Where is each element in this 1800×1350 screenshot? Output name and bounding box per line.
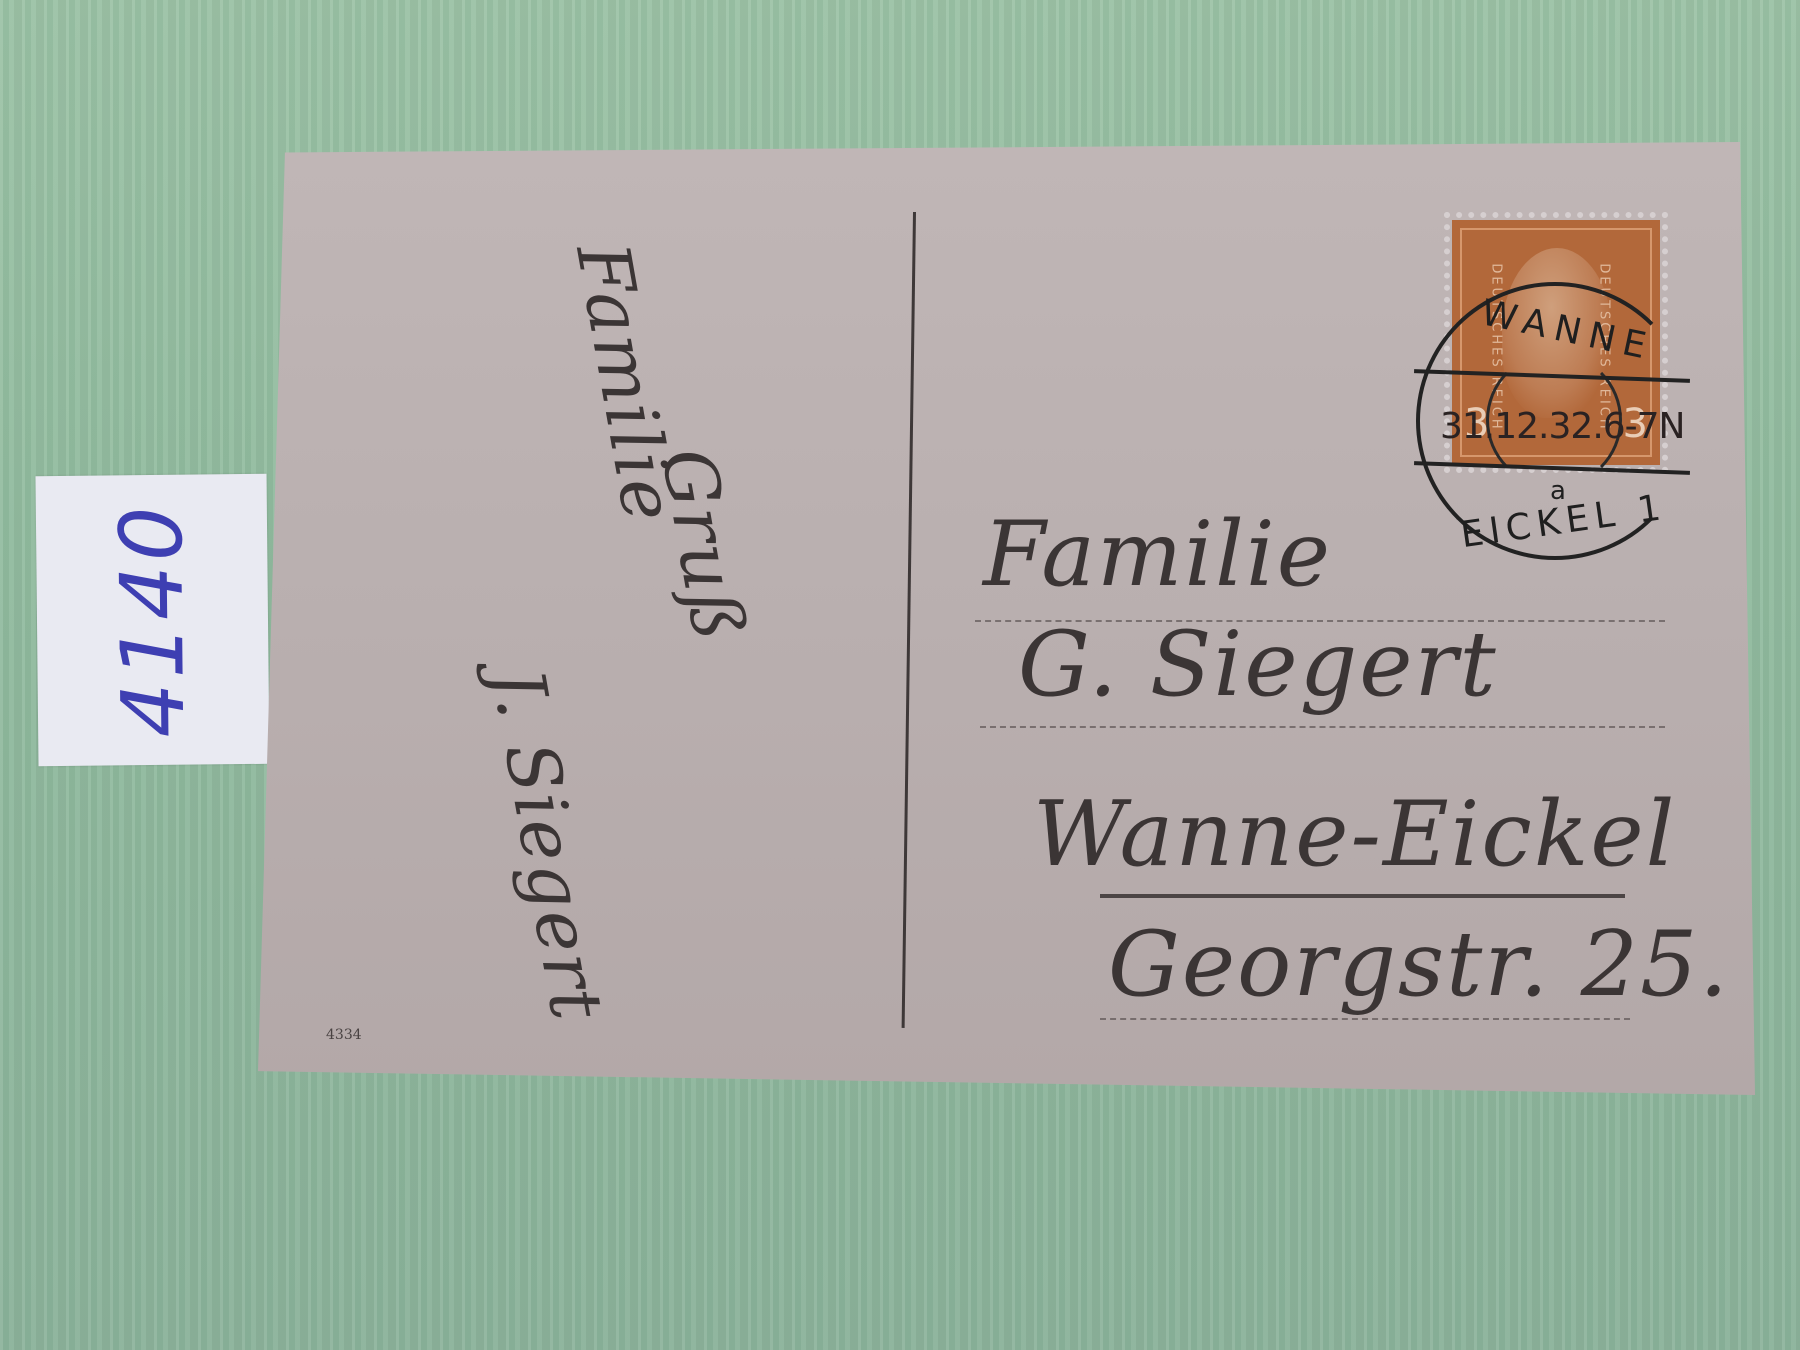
postmark-cancellation: WANNE 31.12.32.6-7N a EICKEL 1 — [1416, 282, 1694, 560]
postmark-date: 31.12.32.6-7N — [1440, 406, 1684, 447]
card-divider-line — [902, 212, 916, 1028]
print-number: 4334 — [326, 1027, 362, 1043]
message-line-2: Familie — [560, 237, 692, 529]
address-city-line: Wanne-Eickel — [1033, 782, 1676, 887]
inventory-label: 4140 — [35, 474, 269, 766]
address-recipient-line: Familie — [983, 502, 1332, 607]
address-line-city — [1100, 894, 1625, 898]
photo-scene: 4140 Gruß Familie J. Siegert Familie G. … — [0, 0, 1800, 1350]
address-line-4 — [1100, 1018, 1630, 1020]
address-line-2 — [980, 726, 1665, 728]
postcard: Gruß Familie J. Siegert Familie G. Siege… — [258, 142, 1755, 1095]
address-name-line: G. Siegert — [1018, 612, 1498, 717]
message-line-3: J. Siegert — [475, 662, 620, 1027]
inventory-number: 4140 — [101, 502, 203, 738]
address-street-line: Georgstr. 25. — [1108, 912, 1730, 1017]
